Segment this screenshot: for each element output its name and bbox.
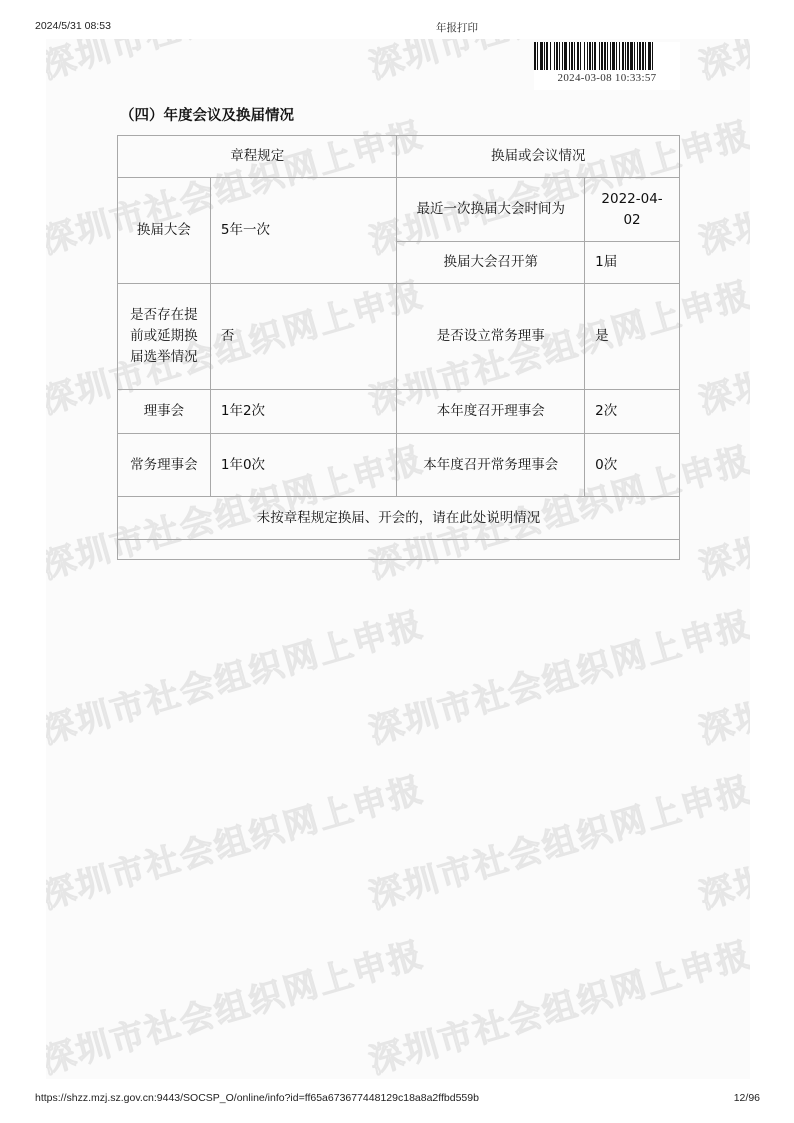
watermark: 深圳市社会组织网上申报: [692, 432, 750, 588]
explanation-value: [118, 540, 680, 560]
watermark: 深圳市社会组织网上申报: [46, 927, 429, 1079]
council-label: 理事会: [118, 390, 211, 434]
annual-meeting-table: 章程规定 换届或会议情况 换届大会 5年一次 最近一次换届大会时间为 2022-…: [117, 135, 680, 560]
barcode-icon: [534, 42, 680, 70]
watermark: 深圳市社会组织网上申报: [46, 597, 429, 753]
table-row: 常务理事会 1年0次 本年度召开常务理事会 0次: [118, 434, 680, 497]
standing-council-label: 常务理事会: [118, 434, 211, 497]
standing-council-held-label: 本年度召开常务理事会: [397, 434, 585, 497]
watermark: 深圳市社会组织网上申报: [362, 927, 750, 1079]
last-assembly-time-label: 最近一次换届大会时间为: [397, 178, 585, 242]
standing-council-rule: 1年0次: [210, 434, 397, 497]
watermark: 深圳市社会组织网上申报: [692, 762, 750, 918]
table-row: 是否存在提前或延期换届选举情况 否 是否设立常务理事 是: [118, 284, 680, 390]
early-late-election-label: 是否存在提前或延期换届选举情况: [118, 284, 211, 390]
watermark: 深圳市社会组织网上申报: [46, 762, 429, 918]
watermark: 深圳市社会组织网上申报: [692, 267, 750, 423]
early-late-election-value: 否: [210, 284, 397, 390]
table-row: [118, 540, 680, 560]
watermark: 深圳市社会组织网上申报: [362, 762, 750, 918]
table-row: 未按章程规定换届、开会的，请在此处说明情况: [118, 497, 680, 540]
table-header-row: 章程规定 换届或会议情况: [118, 136, 680, 178]
barcode-timestamp: 2024-03-08 10:33:57: [534, 72, 680, 84]
watermark: 深圳市社会组织网上申报: [692, 107, 750, 263]
general-assembly-label: 换届大会: [118, 178, 211, 284]
watermark: 深圳市社会组织网上申报: [692, 597, 750, 753]
standing-director-value: 是: [585, 284, 680, 390]
header-charter-rules: 章程规定: [118, 136, 397, 178]
council-held-label: 本年度召开理事会: [397, 390, 585, 434]
table-row: 理事会 1年2次 本年度召开理事会 2次: [118, 390, 680, 434]
watermark: 深圳市社会组织网上申报: [692, 39, 750, 88]
print-title: 年报打印: [0, 20, 794, 35]
section-title: （四）年度会议及换届情况: [120, 104, 294, 125]
table-row: 换届大会 5年一次 最近一次换届大会时间为 2022-04-02: [118, 178, 680, 242]
standing-director-label: 是否设立常务理事: [397, 284, 585, 390]
assembly-session-value: 1届: [585, 242, 680, 284]
council-rule: 1年2次: [210, 390, 397, 434]
general-assembly-rule: 5年一次: [210, 178, 397, 284]
barcode-stamp: 2024-03-08 10:33:57: [534, 42, 680, 90]
watermark: 深圳市社会组织网上申报: [46, 39, 429, 88]
assembly-session-label: 换届大会召开第: [397, 242, 585, 284]
header-meeting-status: 换届或会议情况: [397, 136, 680, 178]
council-held-value: 2次: [585, 390, 680, 434]
watermark: 深圳市社会组织网上申报: [362, 597, 750, 753]
standing-council-held-value: 0次: [585, 434, 680, 497]
explanation-label: 未按章程规定换届、开会的，请在此处说明情况: [118, 497, 680, 540]
page-url: https://shzz.mzj.sz.gov.cn:9443/SOCSP_O/…: [35, 1092, 479, 1104]
page-number: 12/96: [734, 1092, 760, 1104]
last-assembly-time-value: 2022-04-02: [585, 178, 680, 242]
